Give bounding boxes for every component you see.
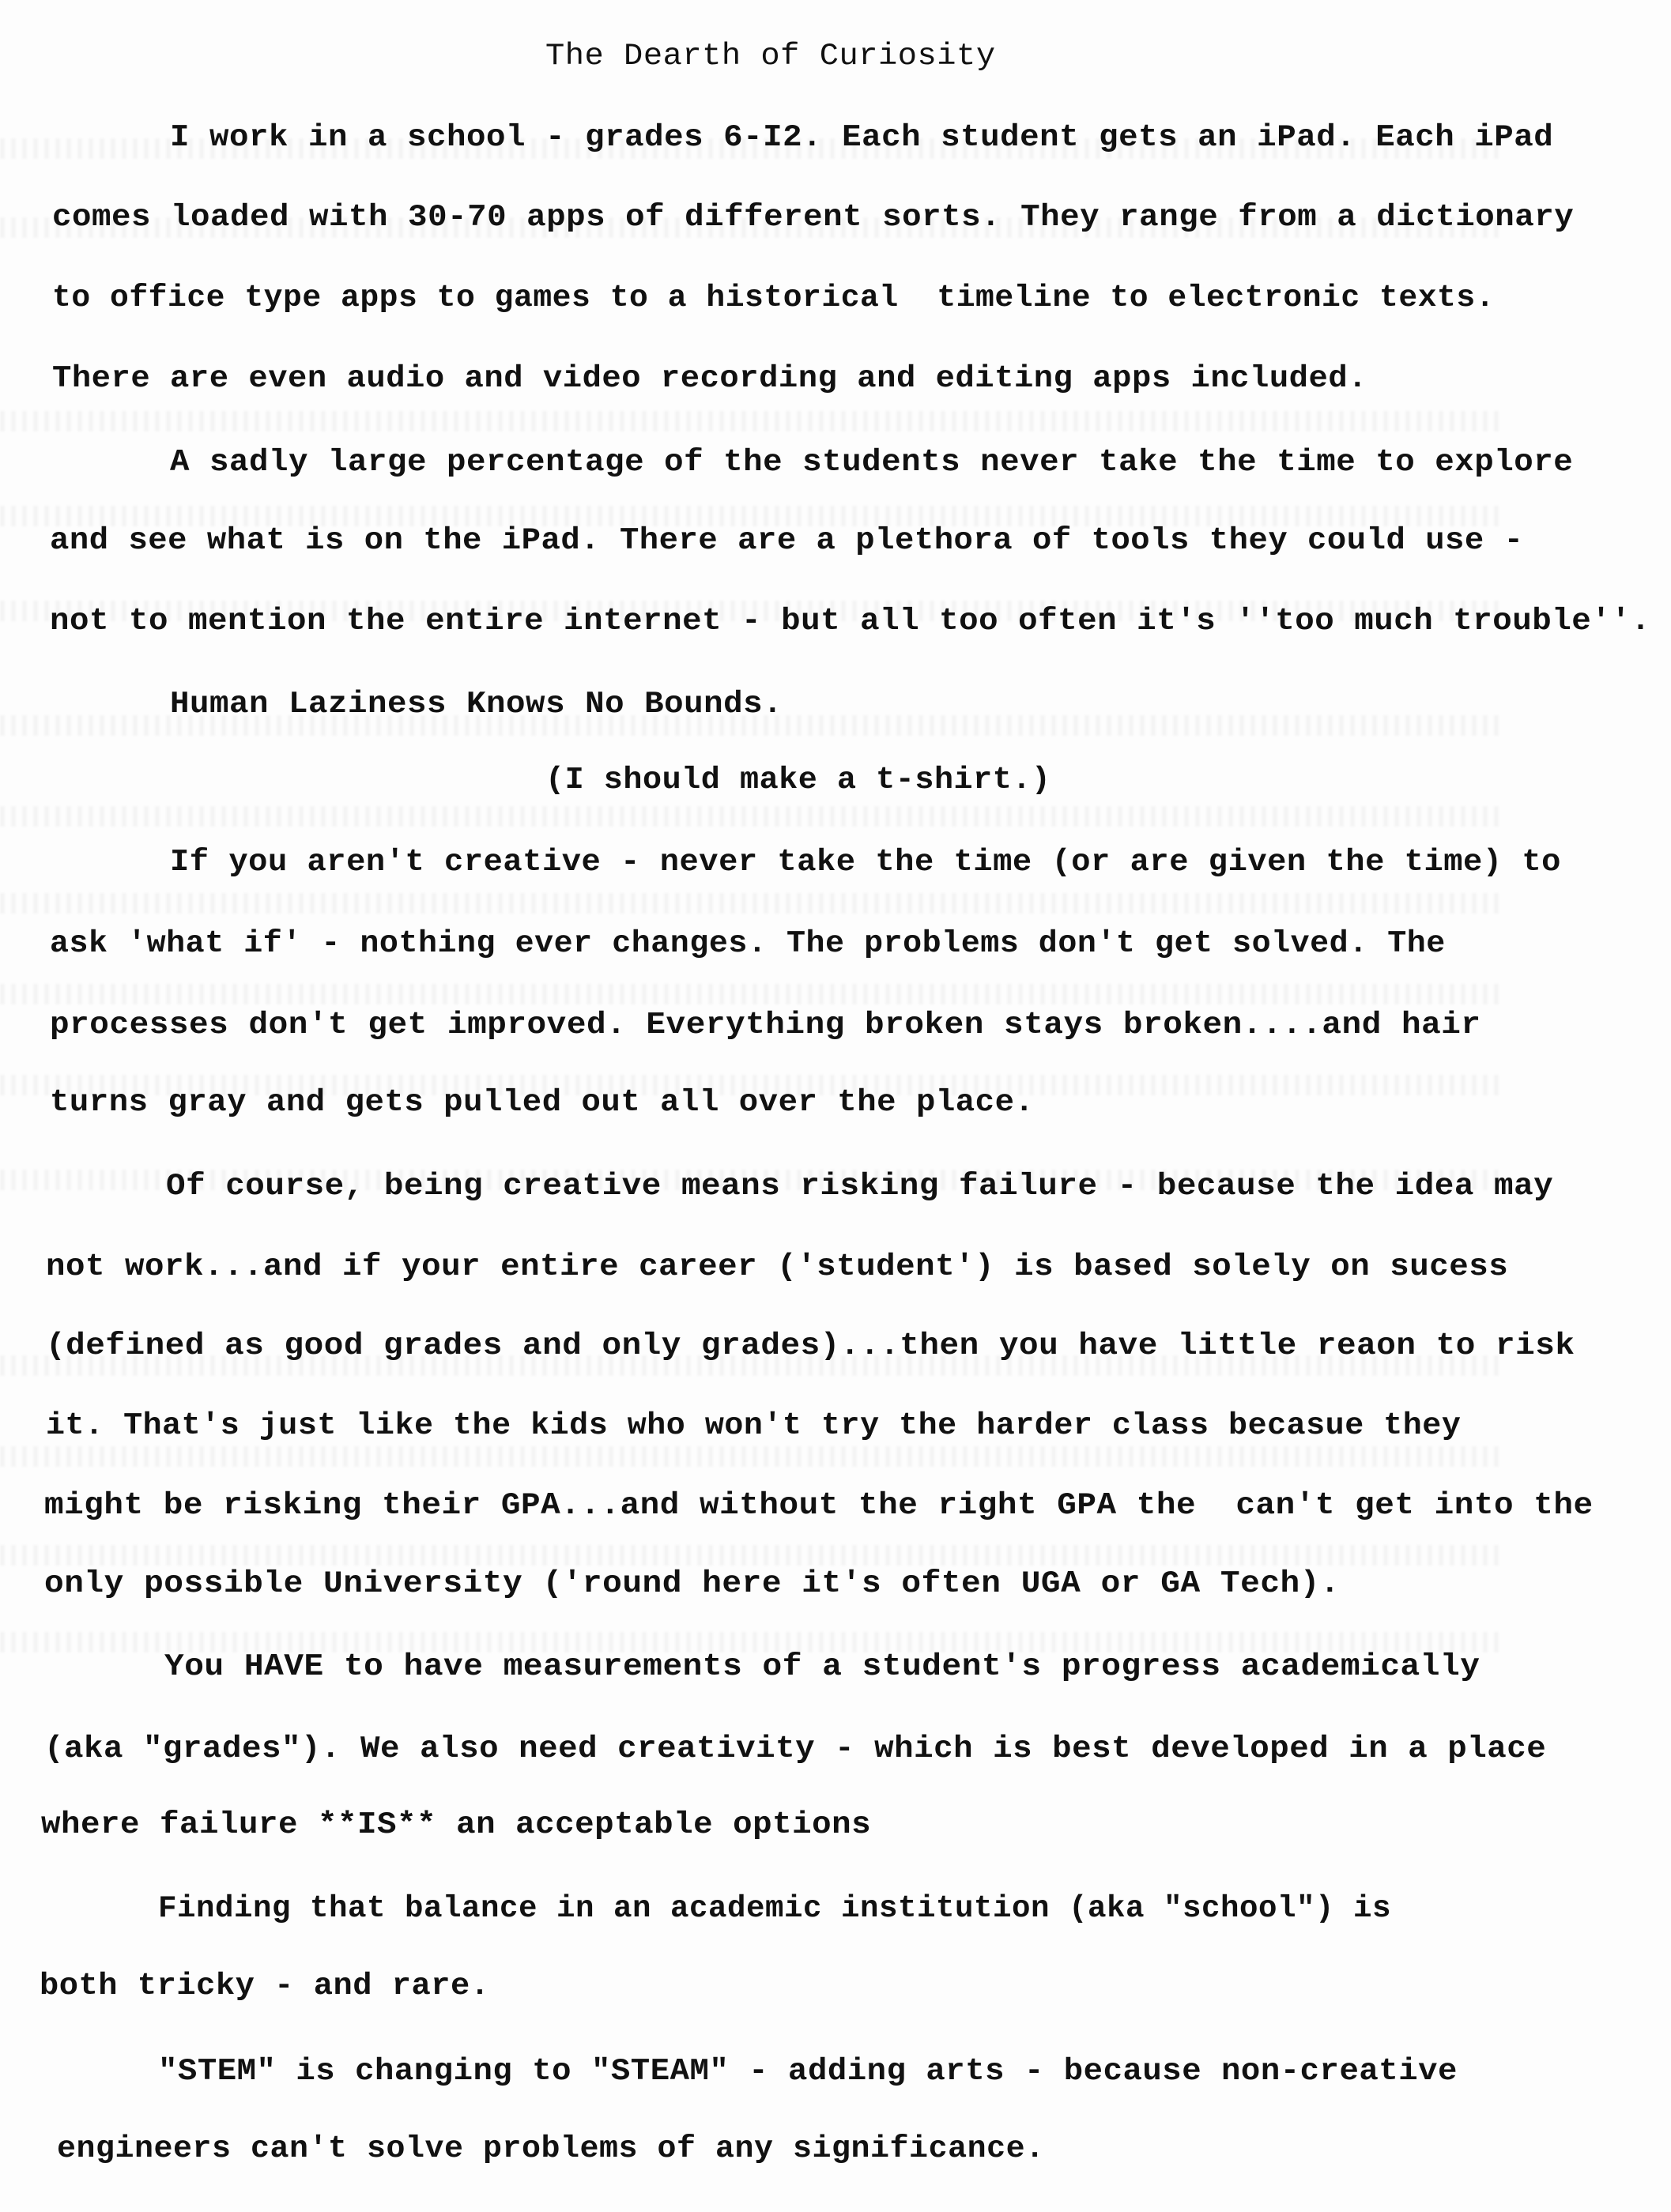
paragraph-7-line-3: where failure **IS** an acceptable optio… <box>41 1810 871 1841</box>
paragraph-6-line-5: might be risking their GPA...and without… <box>44 1490 1594 1521</box>
paragraph-3-line-1: Human Laziness Knows No Bounds. <box>170 689 783 720</box>
bleed-through-artifact <box>0 411 1502 431</box>
paragraph-2-line-2: and see what is on the iPad. There are a… <box>50 526 1524 556</box>
bleed-through-artifact <box>0 806 1502 827</box>
paragraph-6-line-1: Of course, being creative means risking … <box>166 1171 1553 1202</box>
paragraph-2-line-3: not to mention the entire internet - but… <box>50 606 1650 637</box>
paragraph-1-line-1: I work in a school - grades 6-I2. Each s… <box>170 122 1553 153</box>
paragraph-1-line-2: comes loaded with 30-70 apps of differen… <box>52 202 1574 233</box>
paragraph-5-line-1: If you aren't creative - never take the … <box>170 847 1561 878</box>
paragraph-8-line-2: both tricky - and rare. <box>40 1971 490 2002</box>
paragraph-2-line-1: A sadly large percentage of the students… <box>170 447 1573 478</box>
paragraph-1-line-3: to office type apps to games to a histor… <box>52 283 1495 314</box>
paragraph-6-line-3: (defined as good grades and only grades)… <box>46 1331 1575 1362</box>
paragraph-4-line-1: (I should make a t-shirt.) <box>545 765 1051 796</box>
bleed-through-artifact <box>0 893 1502 914</box>
bleed-through-artifact <box>0 984 1502 1004</box>
paragraph-8-line-1: Finding that balance in an academic inst… <box>158 1894 1391 1924</box>
typewritten-page: The Dearth of Curiosity I work in a scho… <box>0 0 1671 2212</box>
bleed-through-artifact <box>0 1446 1502 1467</box>
paragraph-9-line-1: "STEM" is changing to "STEAM" - adding a… <box>158 2056 1458 2087</box>
bleed-through-artifact <box>0 1545 1502 1566</box>
paragraph-1-line-4: There are even audio and video recording… <box>52 364 1367 394</box>
paragraph-7-line-1: You HAVE to have measurements of a stude… <box>164 1652 1480 1683</box>
paragraph-5-line-4: turns gray and gets pulled out all over … <box>50 1087 1034 1118</box>
paragraph-5-line-2: ask 'what if' - nothing ever changes. Th… <box>50 929 1446 959</box>
paragraph-9-line-2: engineers can't solve problems of any si… <box>57 2134 1045 2165</box>
paragraph-6-line-2: not work...and if your entire career ('s… <box>46 1252 1508 1283</box>
paragraph-7-line-2: (aka "grades"). We also need creativity … <box>44 1734 1546 1765</box>
paragraph-6-line-4: it. That's just like the kids who won't … <box>46 1411 1461 1441</box>
paragraph-6-line-6: only possible University ('round here it… <box>44 1569 1340 1600</box>
document-title: The Dearth of Curiosity <box>545 41 996 72</box>
paragraph-5-line-3: processes don't get improved. Everything… <box>50 1010 1481 1041</box>
